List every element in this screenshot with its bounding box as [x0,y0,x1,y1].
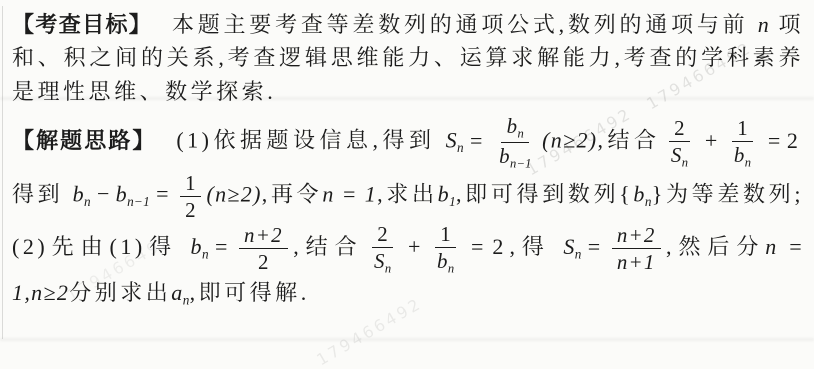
plus-sign: + [705,128,717,153]
fraction-denominator: 2 [180,197,201,222]
equals-sign: = [470,128,482,153]
fraction-numerator: n+2 [612,223,661,249]
math-var-b: b [734,143,745,167]
fraction-bn-over-bn1: bnbn−1 [494,114,537,171]
math-var-b: b [438,181,449,206]
math-var-S: S [563,234,574,259]
paragraph-exam-objectives: 【考查目标】本题主要考查等差数列的通项公式,数列的通项与前 n 项和、积之间的关… [12,8,804,108]
math-var-b: b [507,114,518,138]
equals-sign: = [156,181,168,206]
math-var-S: S [446,128,457,153]
scan-smudge-bottom [0,338,814,341]
right-brace: } [652,181,666,206]
approach-text-4: ,再令 [262,181,323,206]
fraction-numerator: 2 [669,116,690,142]
approach-text-9: ,得 [509,234,550,259]
equals-sign: = [588,234,600,259]
section-label-approach: 【解题思路】 [12,128,157,153]
math-sub-n: n [84,194,91,209]
left-brace: { [619,181,633,206]
approach-text-1: (1)依据题设信息,得到 [176,128,435,153]
math-var-b: b [73,181,84,206]
equals-2: = 2 [471,234,503,259]
fraction-numerator: 1 [180,171,201,197]
objectives-text-1: 本题主要考查等差数列的通项公式,数列的通项与前 [172,12,748,37]
approach-text-10: ,然后分 [666,234,765,259]
fraction-denominator: Sn [666,142,694,170]
math-var-b: b [116,181,127,206]
math-n-equals-1: n = 1 [322,181,377,206]
fraction-numerator: 1 [435,222,456,248]
fraction-numerator: 2 [372,222,393,248]
math-var-b: b [499,144,510,168]
fraction-numerator: n+2 [239,223,288,249]
fraction-2-over-Sn: 2Sn [369,222,397,276]
fraction-1-over-bn: 1bn [432,222,460,276]
math-condition: (n≥2) [542,128,597,153]
approach-text-8: ,结合 [293,234,363,259]
math-sub-n: n [202,247,209,262]
math-var-b: b [633,181,644,206]
plus-sign: + [408,234,420,259]
equals-sign: = [215,234,227,259]
fraction-numerator: 1 [732,116,753,142]
approach-text-11: 分别求出 [69,280,171,305]
math-sub-n: n [518,127,525,141]
approach-text-5: ,求出 [377,181,438,206]
fraction-1-over-bn: 1bn [729,116,757,170]
minus-sign: − [97,181,109,206]
fraction-numerator: bn [501,114,529,143]
approach-text-3: 得到 [12,181,63,206]
math-var-S: S [374,249,385,273]
approach-text-6: ,即可得到数列 [456,181,619,206]
fraction-denominator: bn [432,248,460,276]
approach-text-12: ,即可得解. [190,280,310,305]
equals-2: = 2 [768,128,798,153]
math-var-b: b [437,249,448,273]
math-var-n: n [758,12,769,37]
approach-text-2: ,结合 [597,128,660,153]
math-sub-n: n [457,140,464,155]
fraction-n2-over-n1: n+2n+1 [612,223,661,274]
math-sub-n-1: n−1 [127,194,150,209]
math-sub-n: n [645,194,652,209]
fraction-denominator: 2 [253,249,274,274]
math-sub-n: n [575,247,582,262]
math-sub-n: n [448,261,455,275]
math-sub-n-1: n−1 [510,156,532,170]
math-var-S: S [671,143,682,167]
fraction-denominator: n+1 [612,249,661,274]
fraction-2-over-Sn: 2Sn [666,116,694,170]
math-var-a: a [171,280,182,305]
math-condition: (n≥2) [206,181,261,206]
math-var-b: b [191,234,202,259]
section-label-objectives: 【考查目标】 [12,12,152,37]
math-sub-n: n [745,155,752,169]
document: 【考查目标】本题主要考查等差数列的通项公式,数列的通项与前 n 项和、积之间的关… [0,0,814,310]
math-sub-n: n [183,292,190,307]
fraction-1-over-2: 12 [180,171,201,222]
paragraph-solution-approach: 【解题思路】(1)依据题设信息,得到 Sn=bnbn−1(n≥2),结合2Sn+… [12,114,804,310]
fraction-denominator: Sn [369,248,397,276]
math-sub-1: 1 [449,194,456,209]
fraction-n2-over-2: n+22 [239,223,288,274]
math-sub-n: n [682,155,689,169]
fraction-denominator: bn−1 [494,143,537,171]
math-sub-n: n [385,261,392,275]
fraction-denominator: bn [729,142,757,170]
